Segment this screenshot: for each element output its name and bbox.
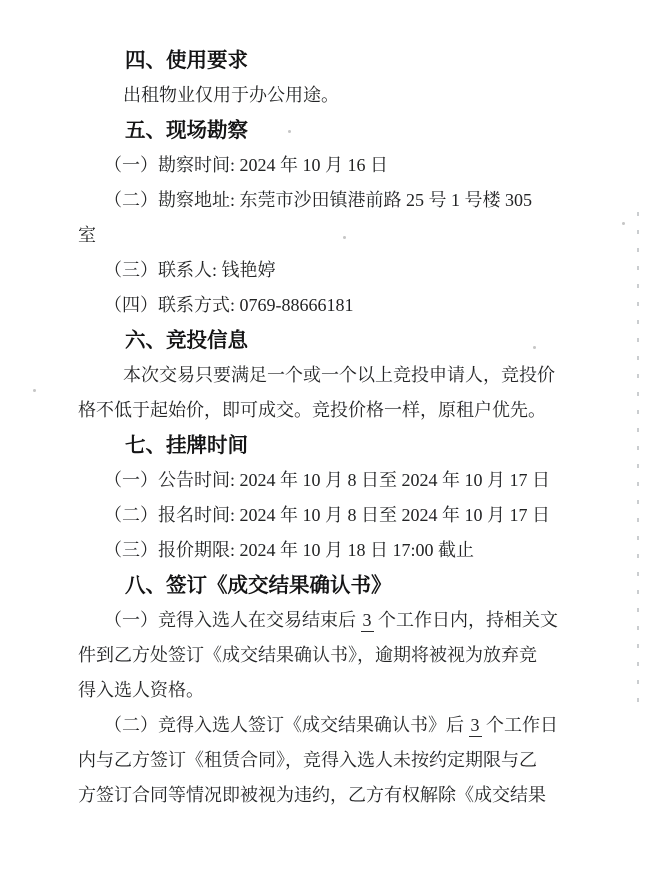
scan-speck (343, 236, 346, 239)
section-heading: 七、挂牌时间 (78, 428, 647, 463)
text-segment: （三）报价期限: 2024 年 10 月 18 日 17:00 截止 (104, 540, 474, 560)
text-segment: （二）勘察地址: 东莞市沙田镇港前路 25 号 1 号楼 305 (104, 190, 532, 210)
document-line: （二）勘察地址: 东莞市沙田镇港前路 25 号 1 号楼 305 (78, 183, 647, 218)
text-segment: 个工作日内，持相关文 (374, 610, 559, 630)
section-heading: 六、竞投信息 (78, 323, 647, 358)
scan-speck (533, 346, 536, 349)
scan-noise-column (637, 212, 639, 704)
document-line: （一）公告时间: 2024 年 10 月 8 日至 2024 年 10 月 17… (78, 463, 647, 498)
text-segment: 室 (78, 225, 96, 245)
text-segment: （四）联系方式: 0769-88666181 (104, 295, 354, 315)
document-line: 内与乙方签订《租赁合同》，竞得入选人未按约定期限与乙 (78, 743, 647, 778)
scanned-document-page: 四、使用要求出租物业仅用于办公用途。五、现场勘察（一）勘察时间: 2024 年 … (0, 0, 647, 884)
document-line: （一）勘察时间: 2024 年 10 月 16 日 (78, 148, 647, 183)
text-segment: （一）勘察时间: 2024 年 10 月 16 日 (104, 155, 388, 175)
document-line: （二）竞得入选人签订《成交结果确认书》后 3 个工作日 (78, 708, 647, 743)
document-line: （二）报名时间: 2024 年 10 月 8 日至 2024 年 10 月 17… (78, 498, 647, 533)
text-segment: （一）竞得入选人在交易结束后 (104, 610, 361, 630)
document-line: 出租物业仅用于办公用途。 (78, 78, 647, 113)
text-segment: 五、现场勘察 (125, 119, 248, 142)
scan-speck (622, 222, 625, 225)
document-line: （四）联系方式: 0769-88666181 (78, 288, 647, 323)
document-line: 件到乙方处签订《成交结果确认书》，逾期将被视为放弃竞 (78, 638, 647, 673)
document-line: 本次交易只要满足一个或一个以上竞投申请人，竞投价 (78, 358, 647, 393)
document-line: 格不低于起始价，即可成交。竞投价格一样，原租户优先。 (78, 393, 647, 428)
text-segment: （三）联系人: 钱艳婷 (104, 260, 276, 280)
text-segment: 八、签订《成交结果确认书》 (125, 574, 392, 597)
text-segment: 得入选人资格。 (78, 680, 204, 700)
text-segment: 个工作日 (482, 715, 559, 735)
document-line: 得入选人资格。 (78, 673, 647, 708)
document-body: 四、使用要求出租物业仅用于办公用途。五、现场勘察（一）勘察时间: 2024 年 … (0, 0, 647, 813)
text-segment: 件到乙方处签订《成交结果确认书》，逾期将被视为放弃竞 (78, 645, 537, 665)
document-line: 方签订合同等情况即被视为违约，乙方有权解除《成交结果 (78, 778, 647, 813)
underlined-number: 3 (361, 610, 374, 632)
text-segment: 出租物业仅用于办公用途。 (123, 85, 339, 105)
section-heading: 八、签订《成交结果确认书》 (78, 568, 647, 603)
section-heading: 四、使用要求 (78, 43, 647, 78)
text-segment: （二）报名时间: 2024 年 10 月 8 日至 2024 年 10 月 17… (104, 505, 550, 525)
text-segment: 六、竞投信息 (125, 329, 248, 352)
scan-speck (288, 130, 291, 133)
text-segment: （二）竞得入选人签订《成交结果确认书》后 (104, 715, 469, 735)
text-segment: 格不低于起始价，即可成交。竞投价格一样，原租户优先。 (78, 400, 546, 420)
section-heading: 五、现场勘察 (78, 113, 647, 148)
text-segment: 方签订合同等情况即被视为违约，乙方有权解除《成交结果 (78, 785, 546, 805)
text-segment: 内与乙方签订《租赁合同》，竞得入选人未按约定期限与乙 (78, 750, 537, 770)
scan-speck (33, 389, 36, 392)
document-line: （一）竞得入选人在交易结束后 3 个工作日内，持相关文 (78, 603, 647, 638)
text-segment: 七、挂牌时间 (125, 434, 248, 457)
text-segment: （一）公告时间: 2024 年 10 月 8 日至 2024 年 10 月 17… (104, 470, 550, 490)
document-line: （三）报价期限: 2024 年 10 月 18 日 17:00 截止 (78, 533, 647, 568)
document-line: （三）联系人: 钱艳婷 (78, 253, 647, 288)
text-segment: 四、使用要求 (125, 49, 248, 72)
text-segment: 本次交易只要满足一个或一个以上竞投申请人，竞投价 (123, 365, 555, 385)
document-line: 室 (78, 218, 647, 253)
underlined-number: 3 (469, 715, 482, 737)
